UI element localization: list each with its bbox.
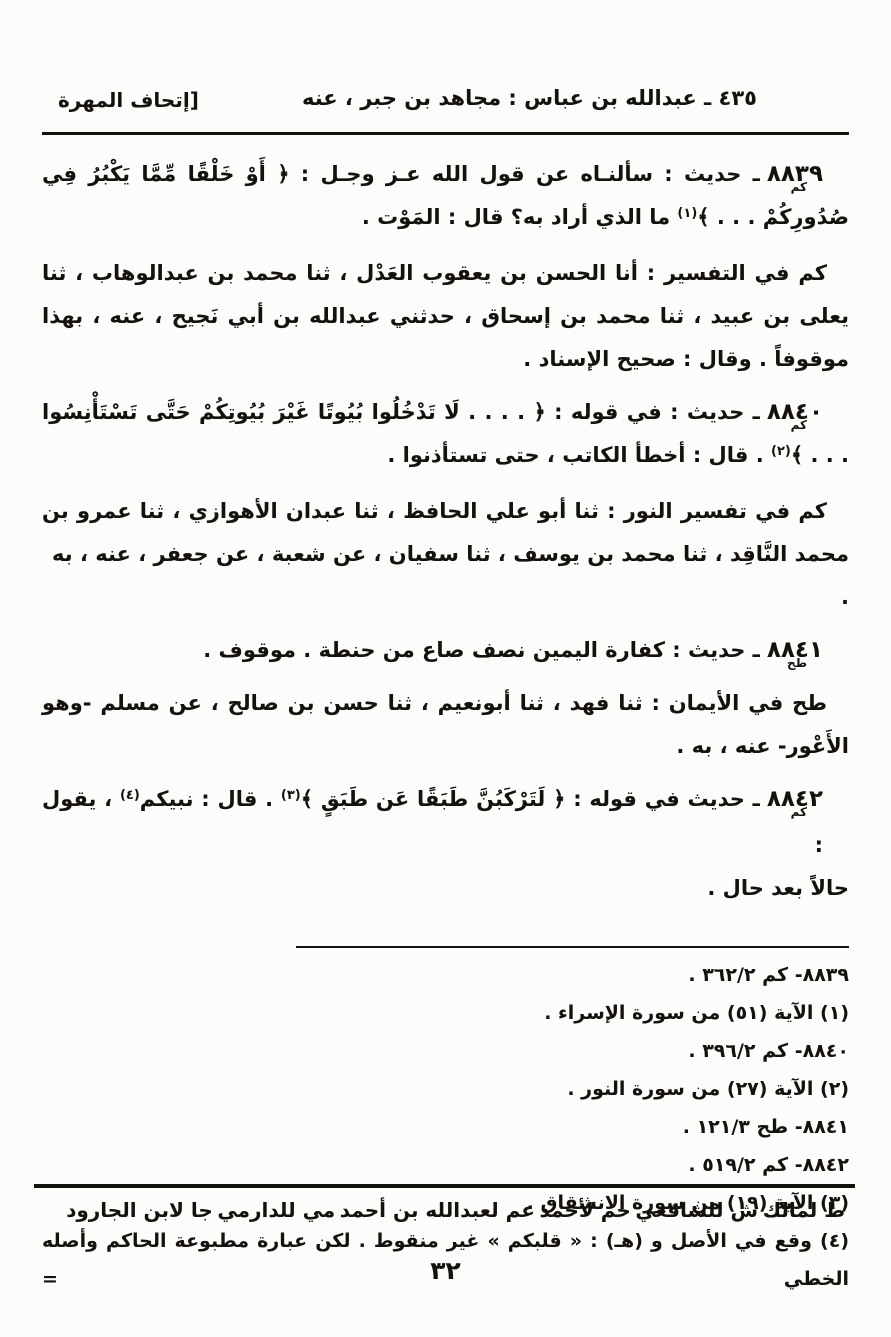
page-body: ٨٨٣٩ كم ـ حديث : سألنـاه عن قول الله عـز… — [42, 153, 849, 910]
footnote-line: ٨٨٣٩- كم ٣٦٢/٢ . — [42, 956, 849, 994]
quran-verse: ﴿ لَتَرْكَبُنَّ طَبَقًا عَن طَبَقٍ ﴾ — [301, 787, 566, 811]
hadith-number-block: ٨٨٣٩ كم — [767, 153, 823, 196]
abbreviation-ahmad: حم لأحمد — [540, 1198, 631, 1222]
abbreviation-malik: ط لمالك — [763, 1198, 845, 1222]
abbreviations-row: ط لمالك ش للشافعي حم لأحمد عم لعبدالله ب… — [66, 1198, 845, 1222]
isnad-paragraph-8841: طح في الأيمان : ثنا فهد ، ثنا أبونعيم ، … — [42, 682, 849, 768]
hadith-entry-8840: ٨٨٤٠ كم ـ حديث : في قوله : ﴿ . . . . لَا… — [42, 391, 849, 480]
source-tag-hakim: كم — [791, 805, 807, 819]
hadith-text: ـ حديث : سألنـاه عن قول الله عـز وجـل : — [290, 162, 760, 186]
abbreviation-darimi: مي للدارمي — [217, 1198, 335, 1222]
text-line: . . . ﴾(٢) . قال : أخطأ الكاتب ، حتى تست… — [42, 434, 849, 480]
text-line: طح في الأيمان : ثنا فهد ، ثنا أبونعيم ، … — [42, 682, 849, 725]
text-line: محمد النَّاقِد ، ثنا محمد بن يوسف ، ثنا … — [42, 533, 849, 619]
hadith-number-block: ٨٨٤٠ كم — [767, 391, 823, 434]
footnote-ref-4: (٤) — [120, 788, 140, 803]
abbreviation-shafii: ش للشافعي — [635, 1198, 758, 1222]
hadith-text: ـ حديث : في قوله : — [546, 400, 760, 424]
quran-verse: . . . ﴾ — [791, 443, 849, 467]
hadith-number-block: ٨٨٤٢ كم — [767, 778, 823, 821]
header-rule — [42, 132, 849, 135]
hadith-entry-8839: ٨٨٣٩ كم ـ حديث : سألنـاه عن قول الله عـز… — [42, 153, 849, 242]
text-line: ٨٨٣٩ كم ـ حديث : سألنـاه عن قول الله عـز… — [42, 153, 849, 196]
abbreviation-ibn-jarud: جا لابن الجارود — [66, 1198, 213, 1222]
footnote-ref-1: (١) — [677, 206, 697, 221]
chapter-heading: ٤٣٥ ـ عبدالله بن عباس : مجاهد بن جبر ، ع… — [302, 86, 757, 110]
abbreviation-abdullah-ibn-ahmad: عم لعبدالله بن أحمد — [340, 1198, 535, 1222]
book-page: [إتحاف المهرة ٤٣٥ ـ عبدالله بن عباس : مج… — [0, 0, 891, 1337]
footnote-ref-2: (٢) — [771, 444, 791, 459]
footnote-line: (٢) الآية (٢٧) من سورة النور . — [42, 1070, 849, 1108]
footnotes-separator — [296, 946, 849, 948]
text-line: يعلى بن عبيد ، ثنا محمد بن إسحاق ، حدثني… — [42, 295, 849, 338]
hadith-entry-8841: ٨٨٤١ طح ـ حديث : كفارة اليمين نصف صاع من… — [42, 629, 849, 672]
text-line: الأَعْور- عنه ، به . — [42, 725, 849, 768]
hadith-text: ما الذي أراد به؟ قال : المَوْت . — [362, 205, 678, 229]
text-line: ٨٨٤٢ كم ـ حديث في قوله : ﴿ لَتَرْكَبُنَّ… — [42, 778, 849, 867]
footnote-line: ٨٨٤٢- كم ٥١٩/٢ . — [42, 1146, 849, 1184]
text-line: ٨٨٤٠ كم ـ حديث : في قوله : ﴿ . . . . لَا… — [42, 391, 849, 434]
text-line: حالاً بعد حال . — [42, 867, 849, 910]
isnad-paragraph-8839: كم في التفسير : أنا الحسن بن يعقوب العَد… — [42, 252, 849, 381]
text-line: صُدُورِكُمْ . . . ﴾(١) ما الذي أراد به؟ … — [42, 196, 849, 242]
page-header: [إتحاف المهرة ٤٣٥ ـ عبدالله بن عباس : مج… — [42, 86, 849, 132]
text-line: كم في التفسير : أنا الحسن بن يعقوب العَد… — [42, 252, 849, 295]
book-title: [إتحاف المهرة — [58, 88, 199, 112]
hadith-text: ـ حديث في قوله : — [565, 787, 759, 811]
source-tag-tahawi: طح — [787, 656, 807, 670]
bottom-rule — [34, 1184, 855, 1188]
footnote-ref-3: (٣) — [281, 788, 301, 803]
quran-verse: ﴿ أَوْ خَلْقًا مِّمَّا يَكْبُرُ فِي — [42, 162, 290, 186]
quran-verse: ﴿ . . . . لَا تَدْخُلُوا بُيُوتًا غَيْرَ… — [42, 400, 546, 424]
footnote-line: (١) الآية (٥١) من سورة الإسراء . — [42, 994, 849, 1032]
text-line: ٨٨٤١ طح ـ حديث : كفارة اليمين نصف صاع من… — [42, 629, 849, 672]
hadith-text: . قال : نبيكم — [140, 787, 281, 811]
isnad-paragraph-8840: كم في تفسير النور : ثنا أبو علي الحافظ ،… — [42, 490, 849, 619]
hadith-number-block: ٨٨٤١ طح — [767, 629, 823, 672]
text-line: موقوفاً . وقال : صحيح الإسناد . — [42, 338, 849, 381]
text-line: كم في تفسير النور : ثنا أبو علي الحافظ ،… — [42, 490, 849, 533]
hadith-entry-8842: ٨٨٤٢ كم ـ حديث في قوله : ﴿ لَتَرْكَبُنَّ… — [42, 778, 849, 910]
hadith-text: ـ حديث : كفارة اليمين نصف صاع من حنطة . … — [203, 638, 760, 662]
source-tag-hakim: كم — [791, 418, 807, 432]
footnote-line: ٨٨٤١- طح ١٢١/٣ . — [42, 1108, 849, 1146]
hadith-text: . قال : أخطأ الكاتب ، حتى تستأذنوا . — [387, 443, 771, 467]
page-number: ٣٢ — [0, 1256, 891, 1285]
footnotes-section: ٨٨٣٩- كم ٣٦٢/٢ . (١) الآية (٥١) من سورة … — [42, 956, 849, 1298]
quran-verse: صُدُورِكُمْ . . . ﴾ — [697, 205, 849, 229]
source-tag-hakim: كم — [791, 180, 807, 194]
footnote-line: ٨٨٤٠- كم ٣٩٦/٢ . — [42, 1032, 849, 1070]
